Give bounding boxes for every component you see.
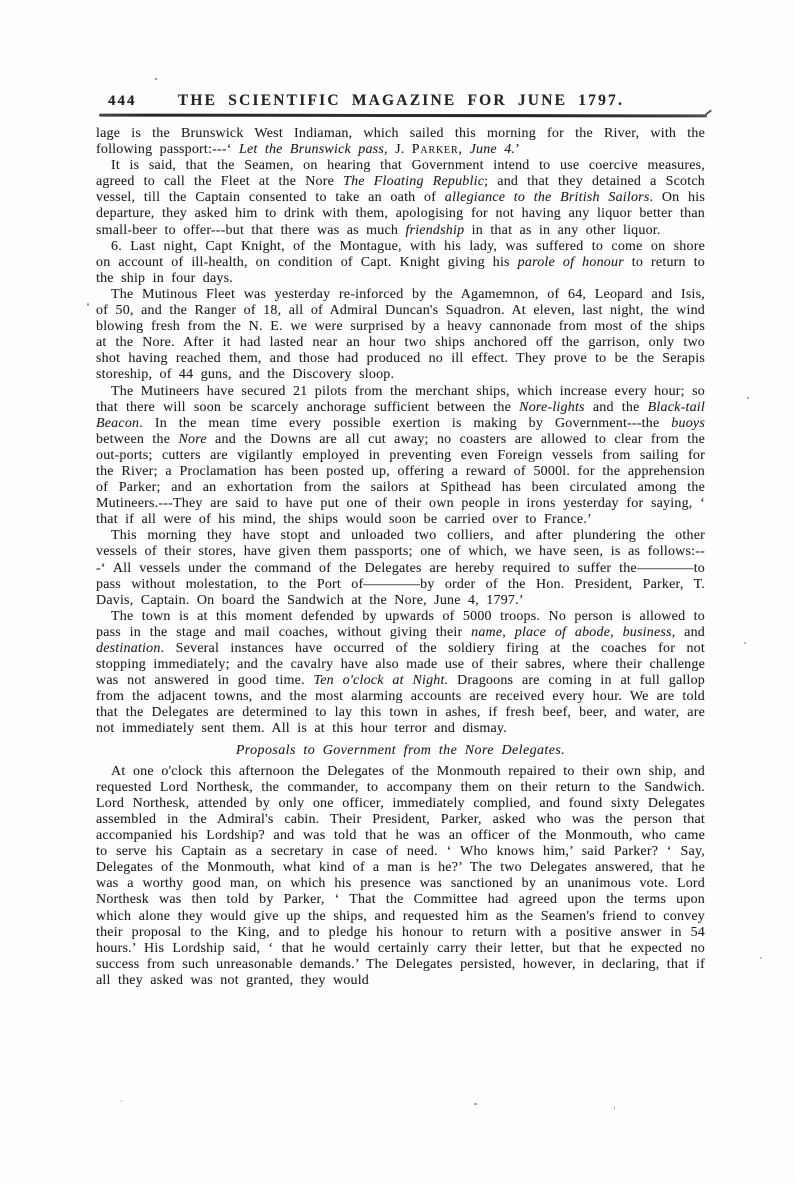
text-segment: Nore <box>178 432 206 447</box>
header-rule <box>99 114 707 118</box>
text-segment: allegiance to the British Sailors <box>445 190 650 205</box>
paragraph: lage is the Brunswick West Indiaman, whi… <box>96 126 705 158</box>
text-segment: This morning they have stopt and unloade… <box>96 528 705 607</box>
text-segment: parole of honour <box>518 255 624 270</box>
text-segment: Let the Brunswick pass, <box>239 142 388 157</box>
paragraph: The Mutinous Fleet was yesterday re-info… <box>96 287 705 384</box>
text-segment: destination <box>96 641 161 656</box>
text-segment: J. <box>388 142 412 157</box>
text-segment: ’ <box>515 142 520 157</box>
scan-speck <box>121 1100 122 1102</box>
text-segment: and the <box>585 400 648 415</box>
scan-speck <box>155 78 157 80</box>
paragraph: 6. Last night, Capt Knight, of the Monta… <box>96 239 705 287</box>
paragraph: The town is at this moment defended by u… <box>96 609 705 738</box>
paragraph: At one o'clock this afternoon the Delega… <box>96 764 705 989</box>
paragraph: The Mutineers have secured 21 pilots fro… <box>96 384 705 529</box>
text-segment: in that as in any other liquor. <box>464 223 660 238</box>
text-segment: The Floating Republic <box>343 174 484 189</box>
text-segment: , <box>459 142 470 157</box>
text-segment: Ten o'clock at Night. <box>314 673 449 688</box>
text-segment: At one o'clock this afternoon the Delega… <box>96 764 705 988</box>
paragraph: This morning they have stopt and unloade… <box>96 528 705 608</box>
text-segment: friendship <box>405 223 464 238</box>
scan-speck <box>474 1103 477 1105</box>
text-segment: name, place of abode, business, <box>471 625 675 640</box>
text-segment: Nore-lights <box>519 400 585 415</box>
text-segment: Parker <box>412 142 459 157</box>
page-title: THE SCIENTIFIC MAGAZINE FOR JUNE 1797. <box>96 92 706 110</box>
article-body: lage is the Brunswick West Indiaman, whi… <box>96 126 705 989</box>
page-number: 444 <box>108 93 137 110</box>
scan-speck <box>760 957 762 959</box>
text-segment: June 4. <box>470 142 516 157</box>
scan-speck <box>747 397 749 399</box>
paragraph: It is said, that the Seamen, on hearing … <box>96 158 705 238</box>
scan-speck <box>614 1106 615 1110</box>
text-segment: . In the mean time every possible exerti… <box>139 416 671 431</box>
text-segment: Proposals to Government from the Nore De… <box>236 743 565 758</box>
magazine-scan-page: 444 THE SCIENTIFIC MAGAZINE FOR JUNE 179… <box>0 0 795 1183</box>
text-segment: buoys <box>671 416 705 431</box>
text-segment: The Mutinous Fleet was yesterday re-info… <box>96 287 705 382</box>
text-segment: between the <box>96 432 178 447</box>
running-head: 444 THE SCIENTIFIC MAGAZINE FOR JUNE 179… <box>96 92 706 112</box>
scan-speck <box>744 642 746 644</box>
text-segment: and <box>675 625 705 640</box>
scan-speck <box>87 303 89 306</box>
section-heading: Proposals to Government from the Nore De… <box>96 743 705 759</box>
